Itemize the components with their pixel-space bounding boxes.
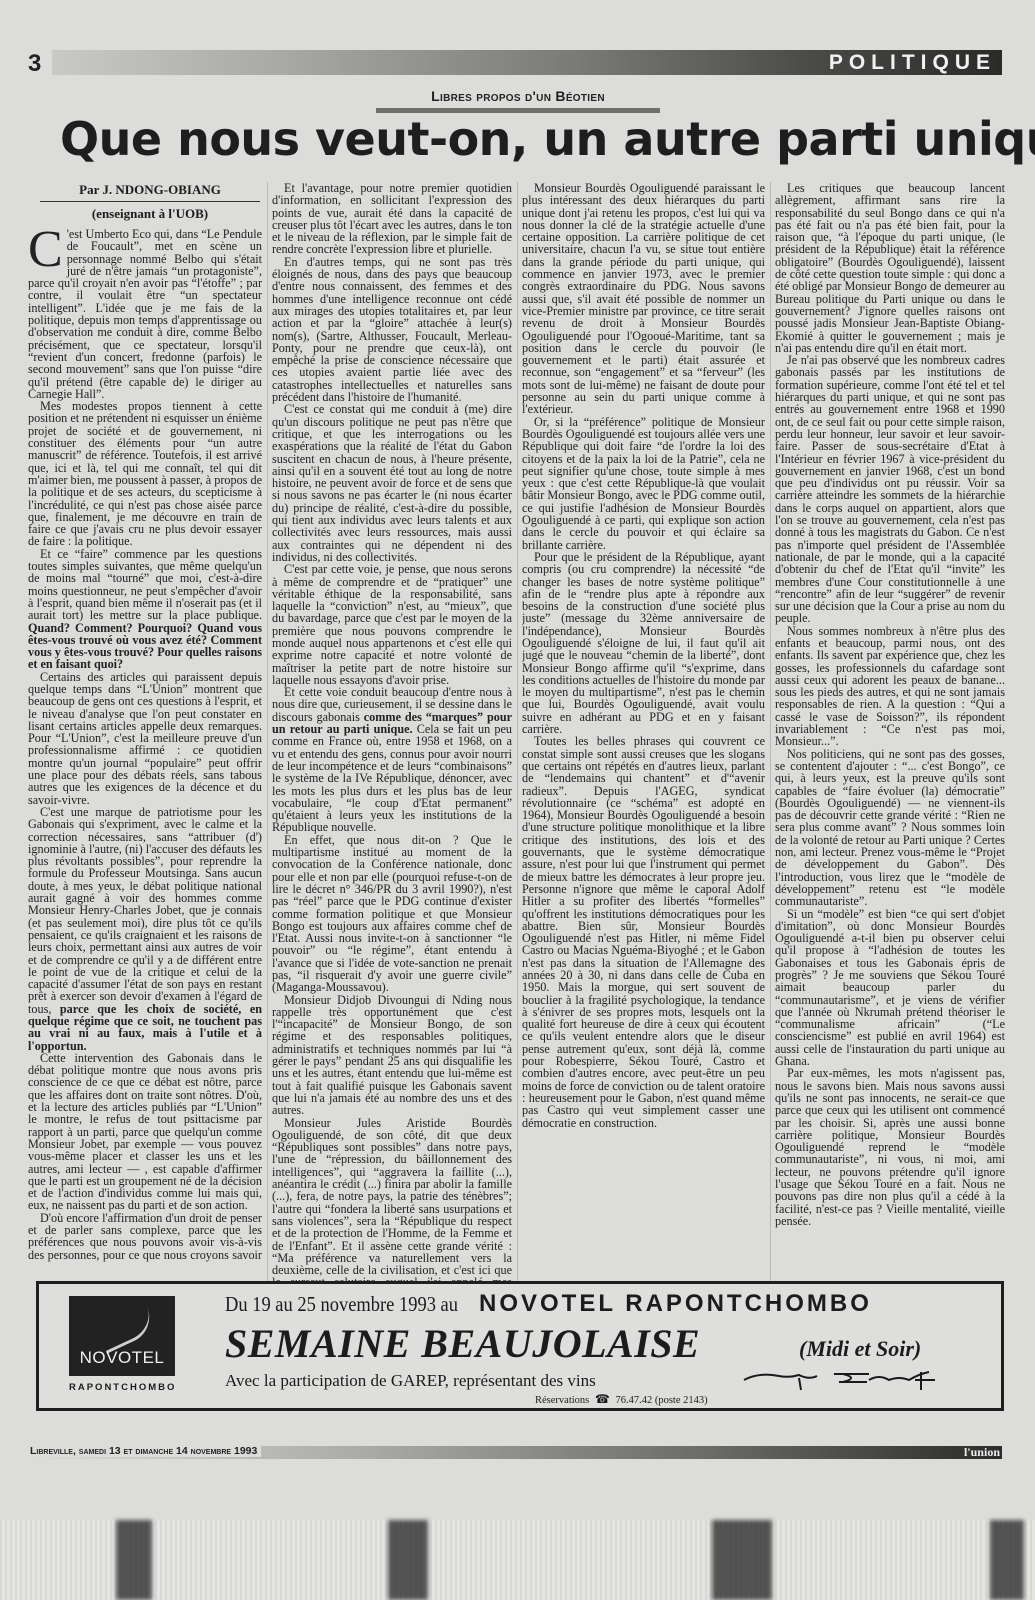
article-paragraph: Monsieur Jules Aristide Bourdès Ogouligu…: [272, 1117, 512, 1292]
article-paragraph: C'est ce constat qui me conduit à (me) d…: [272, 403, 512, 563]
article-paragraph: Cette intervention des Gabonais dans le …: [28, 1052, 262, 1212]
bold-questions: Quand? Comment? Pourquoi? Quand vous ête…: [28, 621, 262, 672]
article-paragraph: En d'autres temps, qui ne sont pas très …: [272, 256, 512, 404]
footer-dateline: Libreville, samedi 13 et dimanche 14 nov…: [30, 1445, 261, 1457]
article-paragraph: Les critiques que beaucoup lancent allèg…: [775, 182, 1005, 354]
article-paragraph: Monsieur Didjob Divoungui di Nding nous …: [272, 994, 512, 1117]
article-paragraph: Monsieur Bourdès Ogouliguendé paraissant…: [522, 182, 765, 416]
signature-icon: [739, 1366, 949, 1392]
article-column-3: Monsieur Bourdès Ogouliguendé paraissant…: [522, 182, 765, 1292]
column-divider: [267, 182, 268, 1304]
article-paragraph: C'est une marque de patriotisme pour les…: [28, 806, 262, 1052]
footer-paper-name: l'union: [964, 1445, 1000, 1460]
article-paragraph: Par eux-mêmes, les mots n'agissent pas, …: [775, 1067, 1005, 1227]
article-paragraph: C'est Umberto Eco qui, dans “Le Pendule …: [28, 228, 262, 400]
section-name: POLITIQUE: [829, 50, 996, 75]
article-paragraph: Nos politiciens, qui ne sont pas des gos…: [775, 748, 1005, 908]
article-paragraph: Or, si la “préférence” politique de Mons…: [522, 416, 765, 551]
logo-brand: NOVOTEL: [69, 1348, 175, 1368]
article-paragraph: Si un “modèle” est bien “ce qui sert d'o…: [775, 908, 1005, 1068]
ad-title: SEMAINE BEAUJOLAISE: [225, 1320, 700, 1367]
footer-band: Libreville, samedi 13 et dimanche 14 nov…: [30, 1446, 1002, 1459]
article-column-1: C'est Umberto Eco qui, dans “Le Pendule …: [28, 228, 262, 1262]
bold-statement: parce que les choix de société, en quelq…: [28, 1002, 262, 1053]
kicker: Libres propos d'un Béotien: [376, 88, 660, 104]
article-column-4: Les critiques que beaucoup lancent allèg…: [775, 182, 1005, 1292]
section-band: POLITIQUE: [52, 50, 1002, 75]
scanner-artifact: [0, 1520, 1035, 1600]
article-paragraph: D'où encore l'affirmation d'un droit de …: [28, 1212, 262, 1262]
article-paragraph: Et ce “faire” commence par les questions…: [28, 548, 262, 671]
byline: Par J. NDONG-OBIANG (enseignant à l'UOB): [40, 182, 260, 222]
ad-dates: Du 19 au 25 novembre 1993 au: [225, 1292, 458, 1317]
reservations-number: 76.47.42 (poste 2143): [615, 1395, 707, 1406]
page-number: 3: [28, 50, 41, 78]
ad-reservations: Réservations ☎ 76.47.42 (poste 2143): [535, 1392, 708, 1407]
article-paragraph: Je n'ai pas observé que les nombreux cad…: [775, 354, 1005, 625]
column-divider: [517, 182, 518, 1304]
logo-subtitle: RAPONTCHOMBO: [69, 1382, 209, 1393]
article-column-2: Et l'avantage, pour notre premier quotid…: [272, 182, 512, 1292]
byline-role: (enseignant à l'UOB): [40, 202, 260, 222]
dropcap: C: [28, 230, 63, 270]
byline-author: Par J. NDONG-OBIANG: [40, 182, 260, 202]
article-paragraph: En effet, que nous dit-on ? Que le multi…: [272, 834, 512, 994]
column-divider: [770, 182, 771, 1304]
article-paragraph: Toutes les belles phrases qui couvrent c…: [522, 735, 765, 1129]
article-paragraph: Et cette voie conduit beaucoup d'entre n…: [272, 686, 512, 834]
article-paragraph: Et l'avantage, pour notre premier quotid…: [272, 182, 512, 256]
novotel-advertisement: NOVOTEL RAPONTCHOMBO Du 19 au 25 novembr…: [36, 1281, 1004, 1411]
newspaper-page: 3 POLITIQUE Libres propos d'un Béotien Q…: [0, 0, 1035, 1520]
swoosh-icon: [96, 1305, 158, 1353]
article-paragraph: Pour que le président de la République, …: [522, 551, 765, 735]
article-paragraph: Certains des articles qui paraissent dep…: [28, 671, 262, 806]
article-paragraph: C'est par cette voie, je pense, que nous…: [272, 563, 512, 686]
article-paragraph: Mes modestes propos tiennent à cette pos…: [28, 400, 262, 548]
ad-partner: Avec la participation de GAREP, représen…: [225, 1371, 596, 1391]
ad-hotel-name: NOVOTEL RAPONTCHOMBO: [479, 1290, 872, 1318]
headline: Que nous veut-on, un autre parti unique …: [60, 112, 980, 166]
ad-title-sub: (Midi et Soir): [799, 1336, 921, 1362]
novotel-logo: NOVOTEL: [69, 1296, 175, 1376]
phone-icon: ☎: [595, 1392, 610, 1406]
article-paragraph: Nous sommes nombreux à n'être plus des e…: [775, 625, 1005, 748]
